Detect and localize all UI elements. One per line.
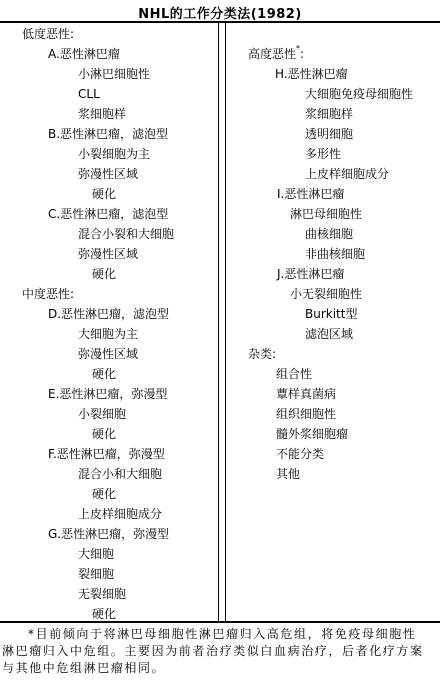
classification-item: 无裂细胞	[78, 584, 126, 604]
classification-item: Burkitt型	[305, 304, 357, 324]
classification-item: 混合小裂和大细胞	[78, 224, 174, 244]
classification-item: 曲核细胞	[305, 224, 353, 244]
classification-item: 上皮样细胞成分	[78, 504, 162, 524]
classification-item: 滤泡区域	[305, 324, 353, 344]
classification-item: 大细胞	[78, 544, 114, 564]
classification-item: 弥漫性区域	[78, 344, 138, 364]
classification-item: 弥漫性区域	[78, 244, 138, 264]
classification-item: 硬化	[92, 184, 116, 204]
classification-item: 高度恶性*:	[248, 44, 304, 64]
classification-item: 浆细胞样	[305, 104, 353, 124]
classification-item: 蕈样真菌病	[276, 384, 336, 404]
bottom-rule	[0, 621, 440, 623]
classification-item: 大细胞为主	[78, 324, 138, 344]
classification-item: 硬化	[92, 264, 116, 284]
footnote-line-2: 淋巴瘤归入中危组。主要因为前者治疗类似白血病治疗，后者化疗方案	[2, 643, 438, 660]
classification-item: 其他	[276, 464, 300, 484]
classification-item: 小裂细胞	[78, 404, 126, 424]
classification-item: 非曲核细胞	[305, 244, 365, 264]
classification-item: 硬化	[92, 424, 116, 444]
classification-item: 浆细胞样	[78, 104, 126, 124]
classification-item: 不能分类	[276, 444, 324, 464]
column-divider-left	[218, 23, 219, 621]
classification-item: 组织细胞性	[276, 404, 336, 424]
classification-item: 硬化	[92, 364, 116, 384]
classification-item: 小淋巴细胞性	[78, 64, 150, 84]
footnote: *目前倾向于将淋巴母细胞性淋巴瘤归入高危组，将免疫母细胞性 淋巴瘤归入中危组。主…	[2, 626, 438, 677]
classification-item: I.恶性淋巴瘤	[277, 184, 344, 204]
classification-item: A.恶性淋巴瘤	[48, 44, 120, 64]
classification-item: 弥漫性区域	[78, 164, 138, 184]
classification-item: 透明细胞	[305, 124, 353, 144]
table-title: NHL的工作分类法(1982)	[0, 3, 440, 22]
classification-item: F.恶性淋巴瘤，弥漫型	[48, 444, 165, 464]
classification-item: 淋巴母细胞性	[290, 204, 362, 224]
classification-item: 混合小和大细胞	[78, 464, 162, 484]
classification-item: CLL	[78, 84, 100, 104]
classification-item: 上皮样细胞成分	[305, 164, 389, 184]
classification-item: E.恶性淋巴瘤，弥漫型	[48, 384, 167, 404]
footnote-line-3: 与其他中危组淋巴瘤相同。	[2, 660, 438, 677]
classification-item: 裂细胞	[78, 564, 114, 584]
classification-item: 小裂细胞为主	[78, 144, 150, 164]
classification-item: 组合性	[276, 364, 312, 384]
classification-item: 硬化	[92, 484, 116, 504]
top-rule	[0, 21, 440, 23]
classification-item: 髓外浆细胞瘤	[276, 424, 348, 444]
classification-item: B.恶性淋巴瘤，滤泡型	[48, 124, 168, 144]
footnote-line-1: *目前倾向于将淋巴母细胞性淋巴瘤归入高危组，将免疫母细胞性	[2, 626, 438, 643]
classification-item: 小无裂细胞性	[290, 284, 362, 304]
colon: :	[300, 47, 304, 61]
classification-item: G.恶性淋巴瘤，弥漫型	[48, 524, 169, 544]
classification-item: J.恶性淋巴瘤	[277, 264, 344, 284]
category-label: 高度恶性	[248, 47, 296, 61]
classification-item: 中度恶性:	[22, 284, 74, 304]
classification-item: D.恶性淋巴瘤，滤泡型	[48, 304, 169, 324]
classification-item: 大细胞免疫母细胞性	[305, 84, 413, 104]
column-divider-right	[225, 23, 226, 621]
classification-item: 低度恶性:	[22, 24, 74, 44]
classification-item: H.恶性淋巴瘤	[275, 64, 348, 84]
classification-item: 杂类:	[248, 344, 276, 364]
classification-item: C.恶性淋巴瘤，滤泡型	[48, 204, 168, 224]
classification-item: 多形性	[305, 144, 341, 164]
